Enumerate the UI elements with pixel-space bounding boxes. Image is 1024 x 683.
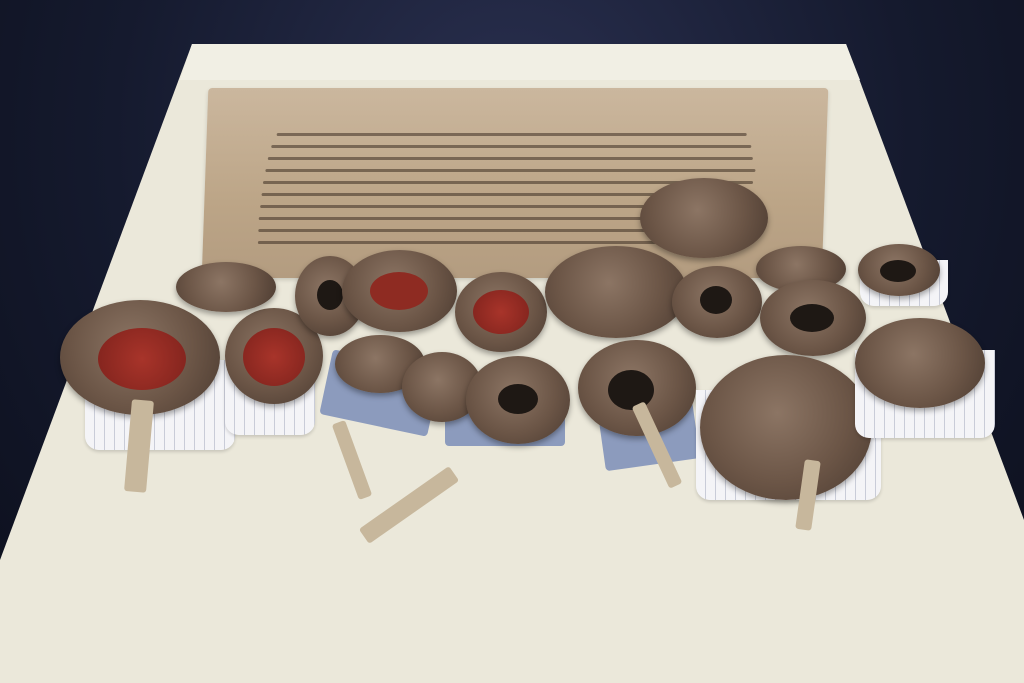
wax-seal	[760, 280, 866, 356]
wax-seal	[578, 340, 696, 436]
wax-seal	[855, 318, 985, 408]
wax-seal	[545, 246, 687, 338]
wax-seal-red	[455, 272, 547, 352]
wax-seal	[858, 244, 940, 296]
wax-seal	[700, 355, 872, 500]
wax-seal	[640, 178, 768, 258]
wax-seal	[672, 266, 762, 338]
wax-seal	[466, 356, 570, 444]
wax-seal-red	[342, 250, 457, 332]
wax-seal-red	[60, 300, 220, 415]
wax-seal	[176, 262, 276, 312]
